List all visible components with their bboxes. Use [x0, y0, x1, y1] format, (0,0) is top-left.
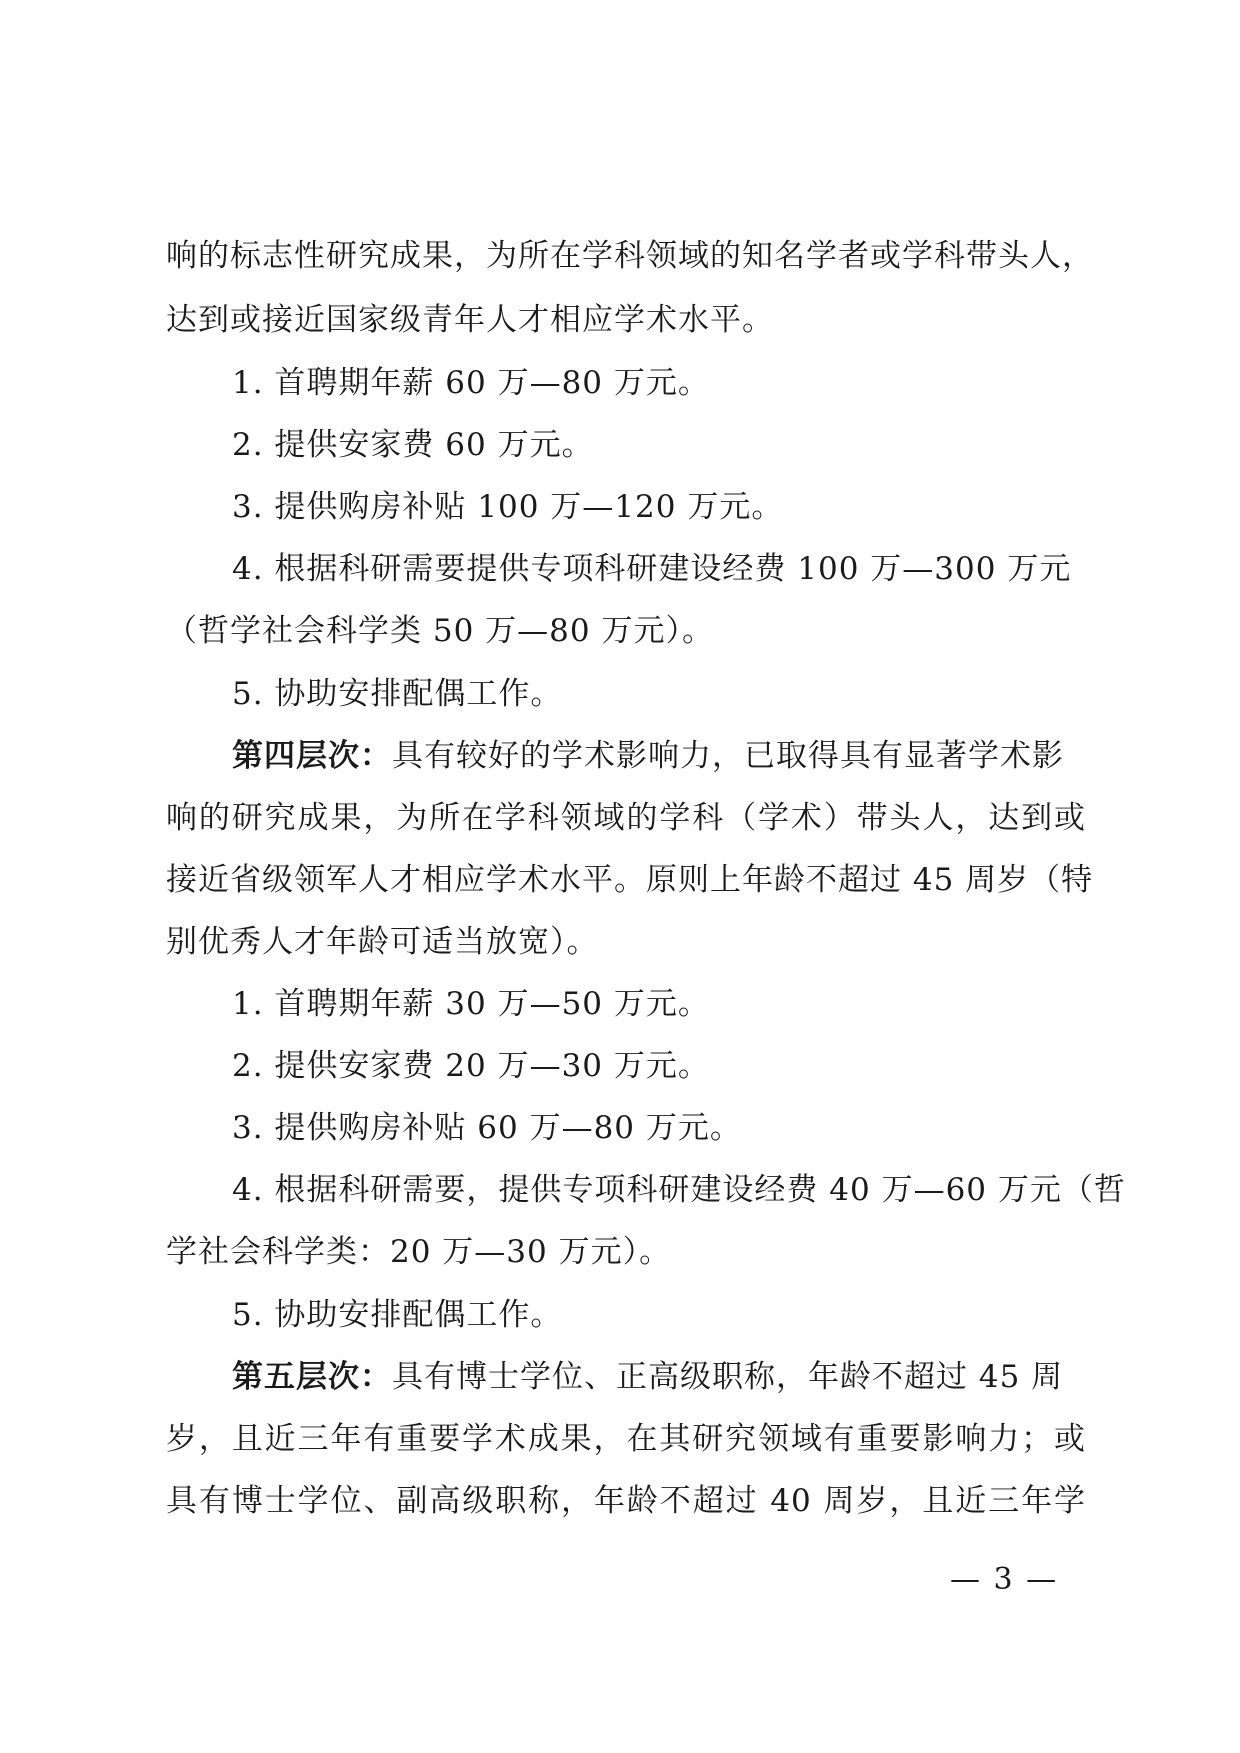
- list-item-salary: 1. 首聘期年薪 60 万—80 万元。: [232, 363, 710, 403]
- tier-four-heading: 第四层次：: [232, 738, 392, 774]
- paragraph-line: 响的研究成果，为所在学科领域的学科（学术）带头人，达到或: [166, 798, 1086, 838]
- list-item-salary: 1. 首聘期年薪 30 万—50 万元。: [232, 984, 710, 1024]
- list-item-research-funds: 4. 根据科研需要提供专项科研建设经费 100 万—300 万元: [232, 549, 1071, 589]
- paragraph-line: 别优秀人才年龄可适当放宽）。: [166, 922, 599, 962]
- paragraph-line: 学社会科学类：20 万—30 万元）。: [166, 1232, 671, 1272]
- list-item-spouse: 5. 协助安排配偶工作。: [232, 1295, 562, 1335]
- paragraph-line: 接近省级领军人才相应学术水平。原则上年龄不超过 45 周岁（特: [166, 860, 1086, 900]
- paragraph-line: 达到或接近国家级青年人才相应学术水平。: [166, 300, 774, 340]
- paragraph-line: 具有博士学位、副高级职称，年龄不超过 40 周岁，且近三年学: [166, 1481, 1086, 1521]
- tier-five-heading-line: 第五层次：具有博士学位、正高级职称，年龄不超过 45 周: [232, 1357, 1063, 1397]
- paragraph-line: （哲学社会科学类 50 万—80 万元）。: [166, 611, 714, 651]
- list-item-housing: 3. 提供购房补贴 100 万—120 万元。: [232, 487, 783, 527]
- tier-five-heading: 第五层次：: [232, 1359, 392, 1395]
- document-page: 响的标志性研究成果，为所在学科领域的知名学者或学科带头人， 达到或接近国家级青年…: [0, 0, 1240, 1753]
- paragraph-line: 岁，且近三年有重要学术成果，在其研究领域有重要影响力；或: [166, 1419, 1086, 1459]
- tier-five-text: 具有博士学位、正高级职称，年龄不超过 45 周: [392, 1359, 1063, 1395]
- list-item-housing: 3. 提供购房补贴 60 万—80 万元。: [232, 1108, 742, 1148]
- tier-four-heading-line: 第四层次：具有较好的学术影响力，已取得具有显著学术影: [232, 736, 1064, 776]
- page-number: — 3 —: [950, 1560, 1058, 1600]
- list-item-settlement: 2. 提供安家费 60 万元。: [232, 425, 594, 465]
- list-item-research-funds: 4. 根据科研需要，提供专项科研建设经费 40 万—60 万元（哲: [232, 1170, 1126, 1210]
- list-item-settlement: 2. 提供安家费 20 万—30 万元。: [232, 1046, 710, 1086]
- tier-four-text: 具有较好的学术影响力，已取得具有显著学术影: [392, 738, 1064, 774]
- list-item-spouse: 5. 协助安排配偶工作。: [232, 674, 562, 714]
- paragraph-line: 响的标志性研究成果，为所在学科领域的知名学者或学科带头人，: [166, 236, 1086, 276]
